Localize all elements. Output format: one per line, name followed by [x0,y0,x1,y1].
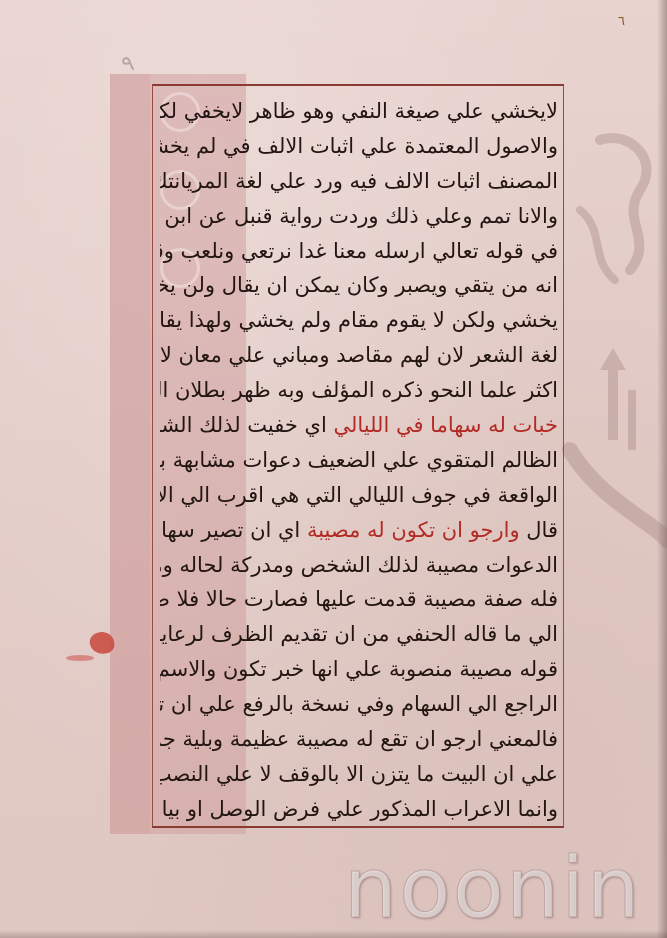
text-line: فله صفة مصيبة قدمت عليها فصارت حالا فلا … [160,584,558,614]
text-line: الظالم المتقوي علي الضعيف دعوات مشابهة ب… [160,445,558,475]
text-line: لايخشي علي صيغة النفي وهو ظاهر لايخفي لك… [160,96,558,126]
text-line: والانا تمم وعلي ذلك وردت رواية قنبل عن ا… [160,201,558,231]
text-line: قوله مصيبة منصوبة علي انها خبر تكون والا… [160,654,558,684]
commentary-text: اي خفيت لذلك الشخص [160,413,333,437]
text-line: الواقعة في جوف الليالي التي هي اقرب الي … [160,480,558,510]
text-line: والاصول المعتمدة علي اثبات الالف في لم ي… [160,131,558,161]
text-line: الراجع الي السهام وفي نسخة بالرفع علي ان… [160,689,558,719]
folio-number: ٦ [618,14,625,29]
stamp-strip-shade [110,74,150,834]
watermark: noonin [344,846,642,930]
text-line: علي ان البيت ما يتزن الا بالوقف لا علي ا… [160,759,558,789]
text-line: لغة الشعر لان لهم مقاصد ومباني علي معان … [160,340,558,370]
rubric-verse: خبات له سهاما في الليالي [333,413,558,437]
text-line-rubricated: خبات له سهاما في الليالي اي خفيت لذلك ال… [160,410,558,440]
commentary-text: قال [520,518,558,542]
manuscript-page: ٦ ٩ لايخشي علي صيغة النفي وهو ظاهر لايخف… [0,0,667,938]
text-line: يخشي ولكن لا يقوم مقام ولم يخشي ولهذا يق… [160,305,558,335]
red-ink-smear [66,655,94,661]
rubric-verse: وارجو ان تكون له مصيبة [307,518,520,542]
background-arabesque-icon [560,120,667,600]
text-line: في قوله تعالي ارسله معنا غدا نرتعي ونلعب… [160,236,558,266]
text-line: فالمعني ارجو ان تقع له مصيبة عظيمة وبلية… [160,724,558,754]
manuscript-text: لايخشي علي صيغة النفي وهو ظاهر لايخفي لك… [160,96,558,824]
text-line-rubricated: قال وارجو ان تكون له مصيبة اي ان تصير سه… [160,515,558,545]
commentary-text: اي ان تصير سهام [160,518,307,542]
text-line: الي ما قاله الحنفي من ان تقديم الظرف لرع… [160,619,558,649]
text-line: المصنف اثبات الالف فيه ورد علي لغة المري… [160,166,558,196]
text-line: انه من يتقي ويصبر وكان يمكن ان يقال ولن … [160,270,558,300]
text-line: الدعوات مصيبة لذلك الشخص ومدركة لحاله وم… [160,550,558,580]
text-line: وانما الاعراب المذكور علي فرض الوصل او ب… [160,794,558,824]
text-line: اكثر علما النحو ذكره المؤلف وبه ظهر بطلا… [160,375,558,405]
